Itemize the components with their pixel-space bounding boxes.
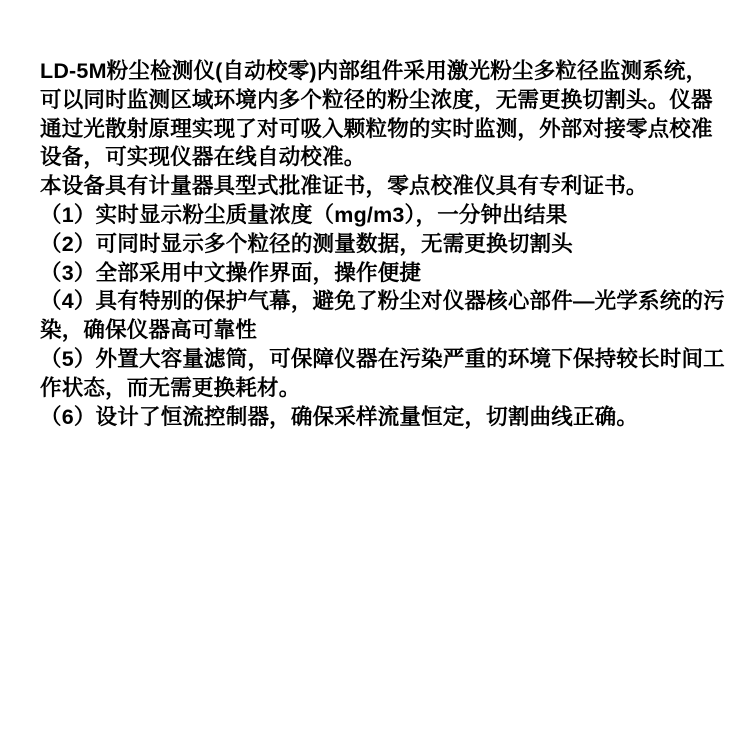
text-line: 染，确保仪器高可靠性: [40, 316, 722, 345]
text-line: （3）全部采用中文操作界面，操作便捷: [40, 259, 722, 288]
text-line: （2）可同时显示多个粒径的测量数据，无需更换切割头: [40, 230, 722, 259]
text-line: 本设备具有计量器具型式批准证书，零点校准仪具有专利证书。: [40, 172, 722, 201]
text-line: （6）设计了恒流控制器，确保采样流量恒定，切割曲线正确。: [40, 403, 722, 432]
text-line: 作状态，而无需更换耗材。: [40, 374, 722, 403]
text-line: 通过光散射原理实现了对可吸入颗粒物的实时监测，外部对接零点校准: [40, 115, 722, 144]
text-line: （4）具有特别的保护气幕，避免了粉尘对仪器核心部件—光学系统的污: [40, 287, 722, 316]
text-line: 设备，可实现仪器在线自动校准。: [40, 143, 722, 172]
product-description-text: LD-5M粉尘检测仪(自动校零)内部组件采用激光粉尘多粒径监测系统，可以同时监测…: [40, 57, 722, 431]
text-line: （5）外置大容量滤筒，可保障仪器在污染严重的环境下保持较长时间工: [40, 345, 722, 374]
text-line: LD-5M粉尘检测仪(自动校零)内部组件采用激光粉尘多粒径监测系统，: [40, 57, 722, 86]
text-line: 可以同时监测区域环境内多个粒径的粉尘浓度，无需更换切割头。仪器: [40, 86, 722, 115]
document-page: LD-5M粉尘检测仪(自动校零)内部组件采用激光粉尘多粒径监测系统，可以同时监测…: [0, 0, 750, 750]
text-line: （1）实时显示粉尘质量浓度（mg/m3），一分钟出结果: [40, 201, 722, 230]
